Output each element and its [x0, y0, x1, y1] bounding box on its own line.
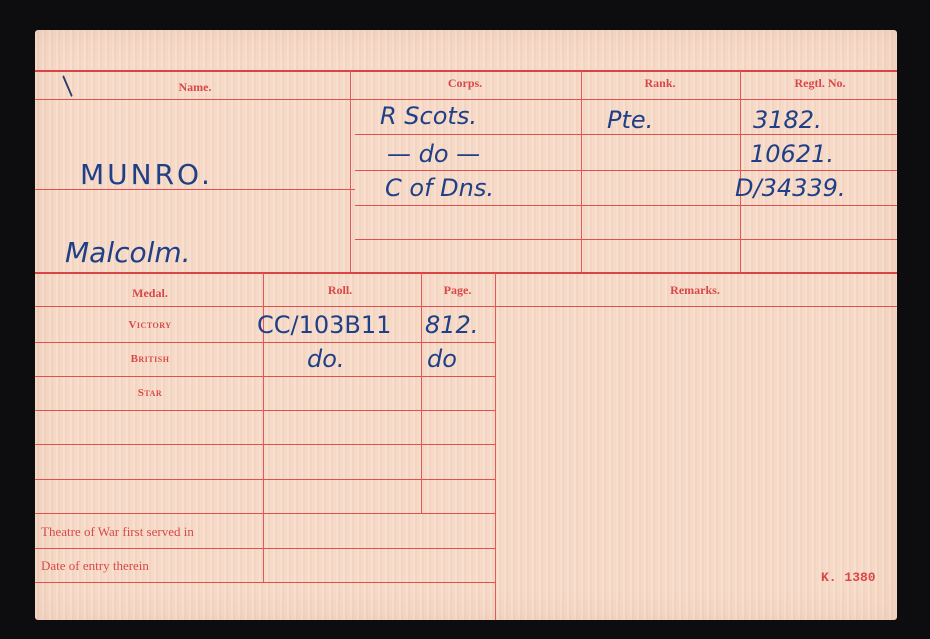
- rule: [35, 479, 495, 480]
- forename: Malcolm.: [65, 236, 191, 269]
- surname: MUNRO.: [80, 158, 213, 191]
- roll-british: do.: [307, 345, 345, 373]
- rule-top: [35, 70, 897, 72]
- margin-mark: /: [54, 74, 81, 98]
- rule-v: [581, 71, 582, 272]
- rule-v: [421, 273, 422, 513]
- page-victory: 812.: [425, 311, 478, 339]
- rule: [355, 205, 897, 206]
- rule: [355, 239, 897, 240]
- rule-v: [495, 273, 496, 620]
- rule: [35, 548, 495, 549]
- rule: [35, 376, 495, 377]
- date-entry-label: Date of entry therein: [41, 558, 261, 574]
- medal-british: British: [105, 353, 195, 365]
- rank-header: Rank.: [620, 76, 700, 91]
- rule: [35, 582, 495, 583]
- form-number: K. 1380: [821, 570, 876, 585]
- rule: [35, 342, 495, 343]
- rule: [35, 99, 355, 100]
- page-header: Page.: [425, 283, 490, 298]
- rule: [35, 306, 495, 307]
- theatre-label: Theatre of War first served in: [41, 524, 261, 540]
- roll-header: Roll.: [295, 283, 385, 298]
- regtl-no-2: 10621.: [750, 140, 834, 168]
- roll-victory: CC/103B11: [257, 311, 391, 339]
- medal-index-card: Name. Corps. Rank. Regtl. No. / MUNRO. M…: [35, 30, 897, 620]
- rule: [495, 306, 897, 307]
- rule: [355, 170, 897, 171]
- corps-entry-3: C of Dns.: [385, 174, 494, 202]
- page-british: do: [427, 345, 457, 373]
- corps-entry-2: — do —: [387, 140, 480, 168]
- rule: [355, 99, 897, 100]
- regtl-no-3: D/34339.: [735, 174, 846, 202]
- corps-entry-1: R Scots.: [380, 102, 477, 130]
- name-header: Name.: [155, 80, 235, 95]
- rank-entry-1: Pte.: [607, 106, 653, 134]
- medal-victory: Victory: [105, 319, 195, 331]
- medal-star: Star: [105, 387, 195, 399]
- rule-v: [350, 71, 351, 272]
- remarks-header: Remarks.: [635, 283, 755, 298]
- rule: [35, 513, 495, 514]
- regtl-no-header: Regtl. No.: [765, 76, 875, 91]
- rule: [355, 134, 897, 135]
- rule: [35, 444, 495, 445]
- rule-mid: [35, 272, 897, 274]
- regtl-no-1: 3182.: [753, 106, 822, 134]
- rule: [35, 410, 495, 411]
- rule-v: [740, 71, 741, 272]
- medal-header: Medal.: [105, 286, 195, 301]
- corps-header: Corps.: [425, 76, 505, 91]
